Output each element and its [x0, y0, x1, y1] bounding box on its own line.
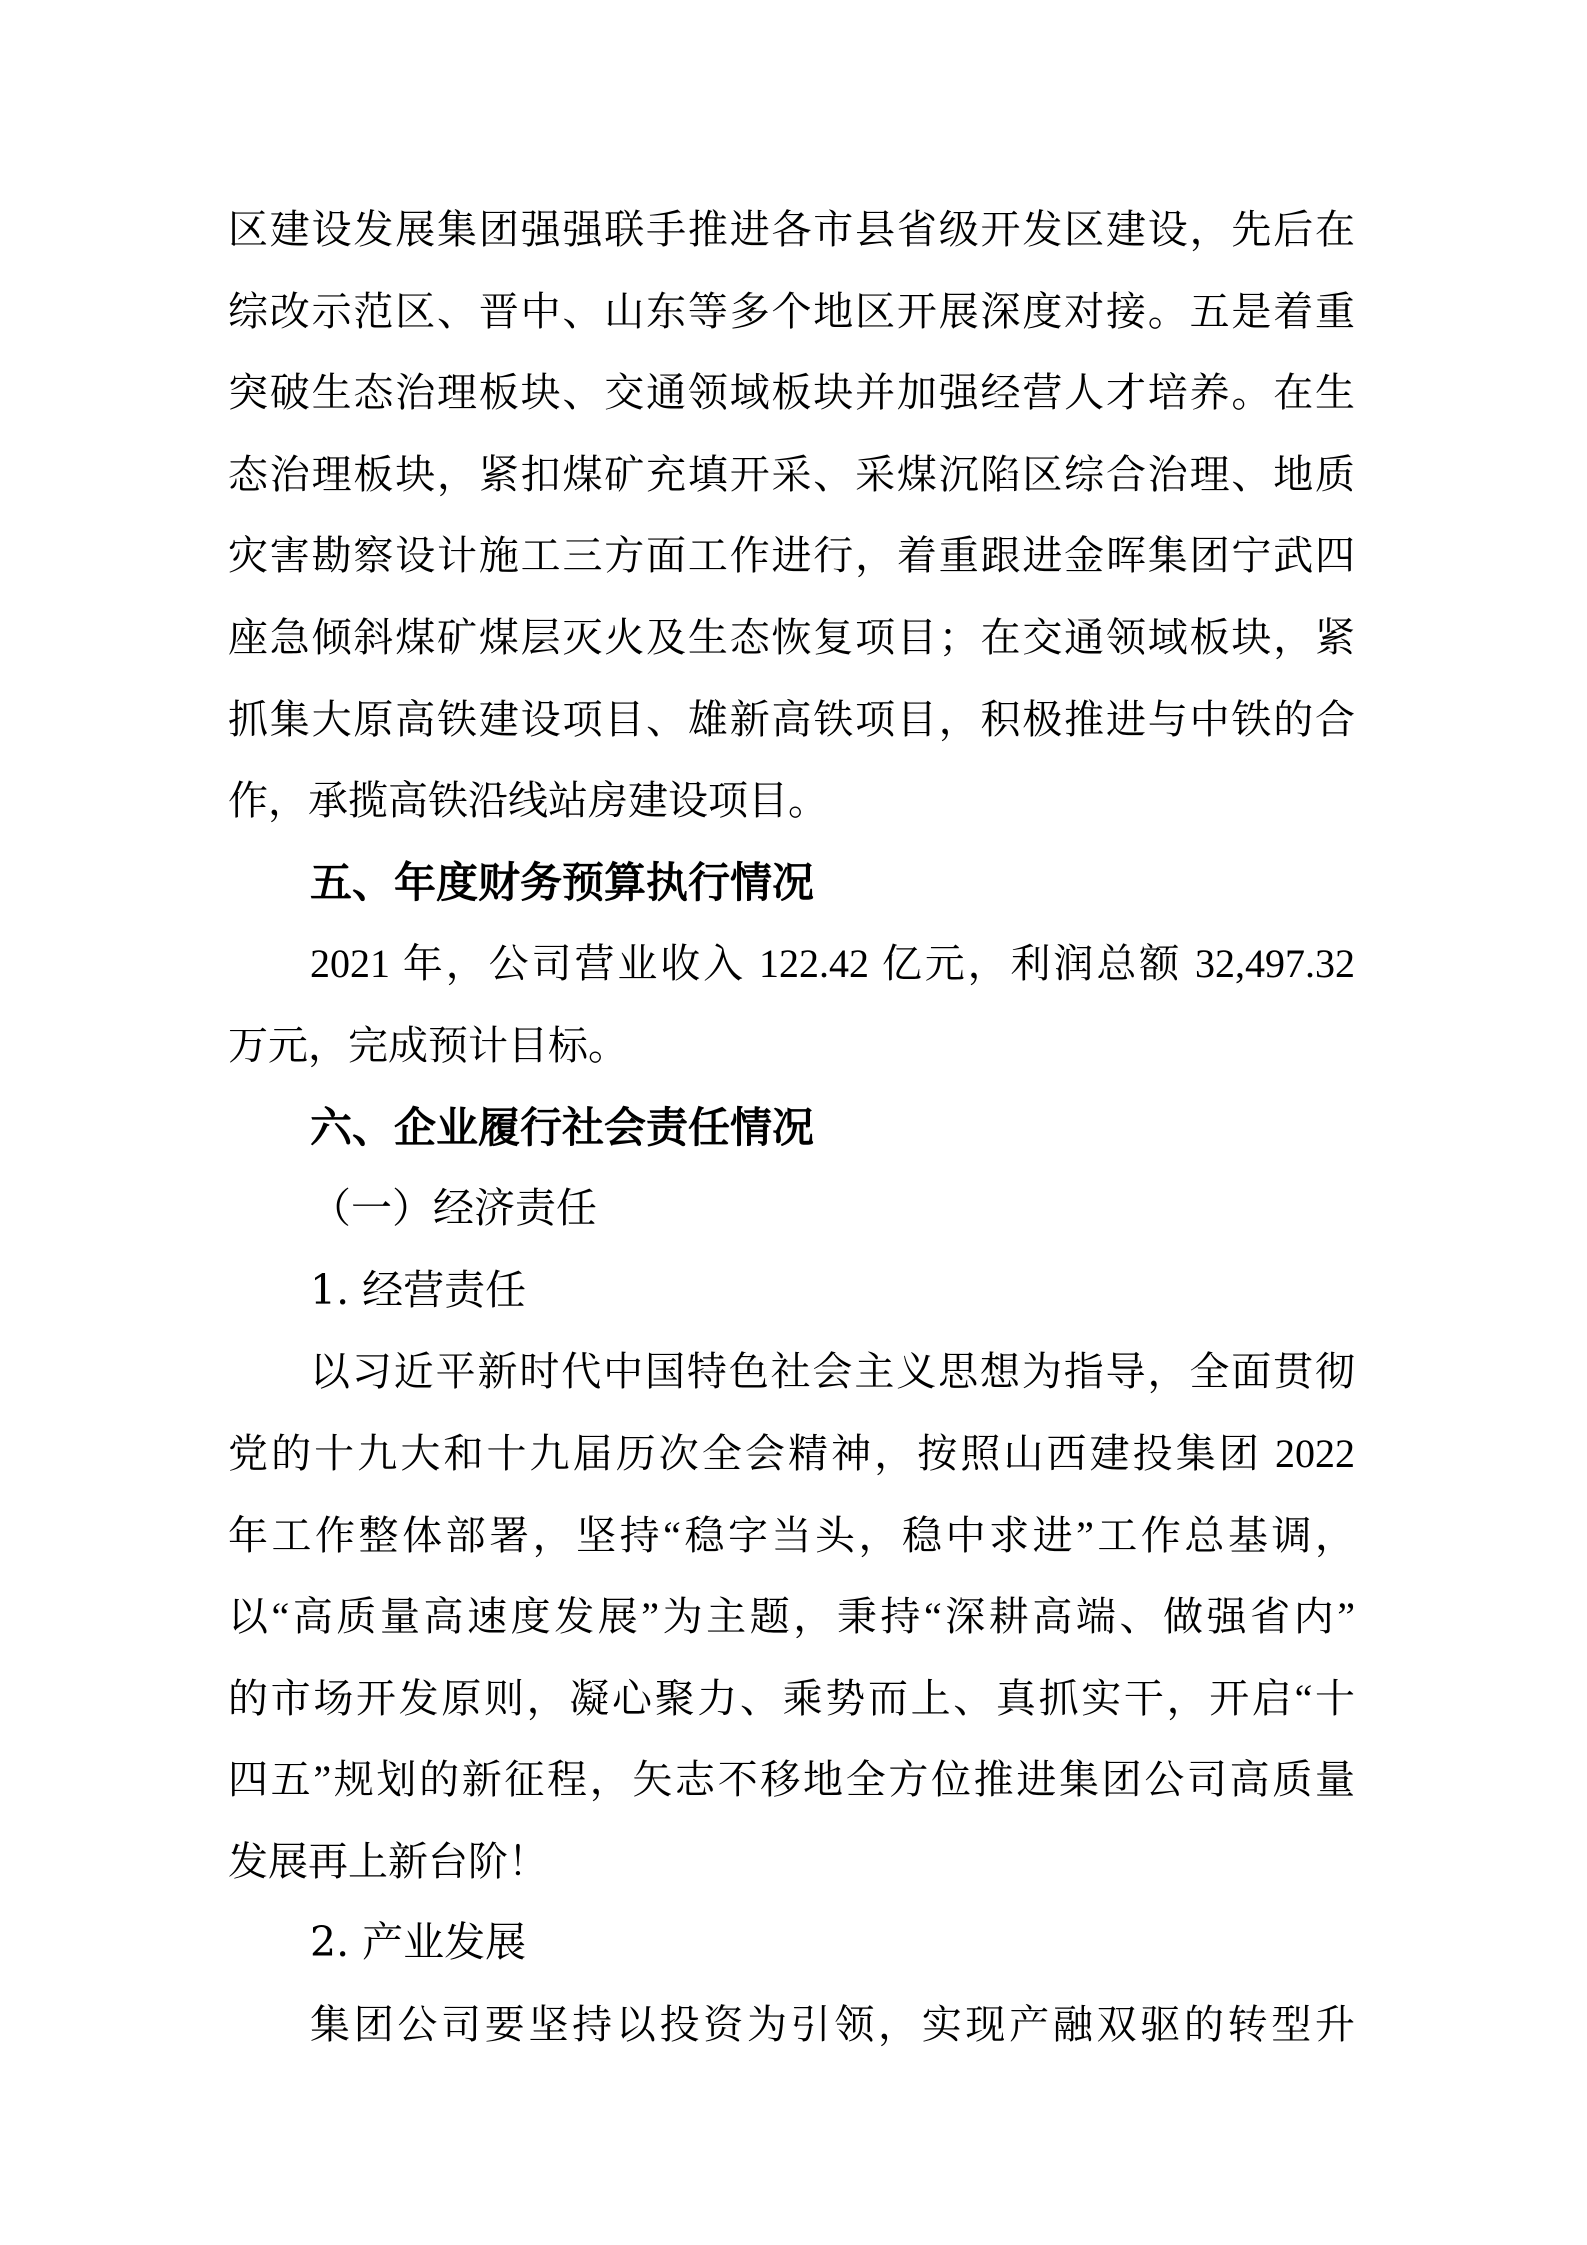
paragraph-line: 抓集大原高铁建设项目、雄新高铁项目，积极推进与中铁的合: [228, 679, 1355, 761]
paragraph-line: 发展再上新台阶！: [228, 1821, 1355, 1903]
document-page: 区建设发展集团强强联手推进各市县省级开发区建设，先后在 综改示范区、晋中、山东等…: [0, 0, 1587, 2245]
paragraph-line: 作，承揽高铁沿线站房建设项目。: [228, 760, 1355, 842]
paragraph-line: 四五”规划的新征程，矢志不移地全方位推进集团公司高质量: [228, 1739, 1355, 1821]
paragraph-line: 的市场开发原则，凝心聚力、乘势而上、真抓实干，开启“十: [228, 1658, 1355, 1740]
paragraph-line: 年工作整体部署，坚持“稳字当头，稳中求进”工作总基调，: [228, 1495, 1355, 1577]
paragraph-line: 党的十九大和十九届历次全会精神，按照山西建投集团 2022: [228, 1413, 1355, 1495]
paragraph-line: 以习近平新时代中国特色社会主义思想为指导，全面贯彻: [228, 1331, 1355, 1413]
paragraph-line: 综改示范区、晋中、山东等多个地区开展深度对接。五是着重: [228, 271, 1355, 353]
paragraph-line: 区建设发展集团强强联手推进各市县省级开发区建设，先后在: [228, 189, 1355, 271]
section-heading-5: 五、年度财务预算执行情况: [228, 842, 1355, 924]
paragraph-line: 以“高质量高速度发展”为主题，秉持“深耕高端、做强省内”: [228, 1576, 1355, 1658]
page-text-block: 区建设发展集团强强联手推进各市县省级开发区建设，先后在 综改示范区、晋中、山东等…: [228, 189, 1355, 2066]
item-heading: 1. 经营责任: [228, 1250, 1355, 1332]
paragraph-line: 集团公司要坚持以投资为引领，实现产融双驱的转型升: [228, 1984, 1355, 2066]
paragraph-line: 2021 年，公司营业收入 122.42 亿元，利润总额 32,497.32: [228, 923, 1355, 1005]
paragraph-line: 突破生态治理板块、交通领域板块并加强经营人才培养。在生: [228, 352, 1355, 434]
item-heading: 2. 产业发展: [228, 1902, 1355, 1984]
paragraph-line: 万元，完成预计目标。: [228, 1005, 1355, 1087]
paragraph-line: 态治理板块，紧扣煤矿充填开采、采煤沉陷区综合治理、地质: [228, 434, 1355, 516]
section-heading-6: 六、企业履行社会责任情况: [228, 1087, 1355, 1169]
subsection-heading: （一）经济责任: [228, 1168, 1355, 1250]
paragraph-line: 座急倾斜煤矿煤层灭火及生态恢复项目；在交通领域板块，紧: [228, 597, 1355, 679]
paragraph-line: 灾害勘察设计施工三方面工作进行，着重跟进金晖集团宁武四: [228, 515, 1355, 597]
